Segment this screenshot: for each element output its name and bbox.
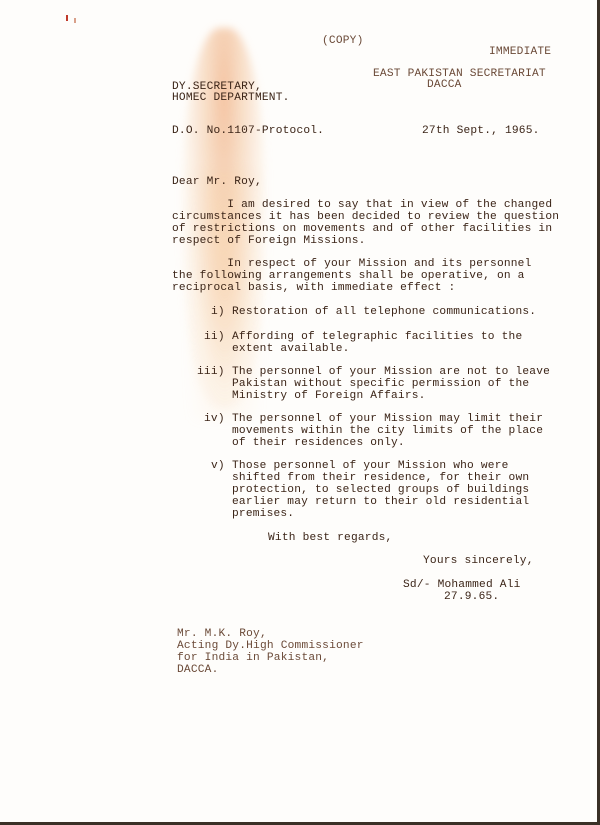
item-line: earlier may return to their old resident…	[232, 497, 529, 509]
item-line: premises.	[232, 509, 294, 521]
recipient-line: DACCA.	[177, 665, 218, 677]
item-line: The personnel of your Mission are not to…	[232, 367, 550, 379]
priority-label: IMMEDIATE	[489, 47, 551, 59]
copy-label: (COPY)	[322, 36, 363, 48]
item-line: movements within the city limits of the …	[232, 426, 543, 438]
item-line: Affording of telegraphic facilities to t…	[232, 332, 522, 344]
sender-office-line2: DACCA	[427, 80, 462, 92]
recipient-line: Mr. M.K. Roy,	[177, 629, 267, 641]
valediction: Yours sincerely,	[423, 556, 534, 568]
sender-title-line2: HOMEC DEPARTMENT.	[172, 93, 290, 105]
item-line: Restoration of all telephone communicati…	[232, 307, 536, 319]
salutation: Dear Mr. Roy,	[172, 177, 262, 189]
item-line: The personnel of your Mission may limit …	[232, 414, 543, 426]
closing: With best regards,	[268, 533, 392, 545]
paragraph-line: respect of Foreign Missions.	[172, 236, 366, 248]
item-line: shifted from their residence, for their …	[232, 473, 529, 485]
item-number: iv)	[204, 414, 225, 426]
item-number: iii)	[197, 367, 225, 379]
paragraph-line: of restrictions on movements and of othe…	[172, 224, 552, 236]
reference-number: D.O. No.1107-Protocol.	[172, 126, 324, 138]
item-line: Ministry of Foreign Affairs.	[232, 391, 426, 403]
paragraph-line: the following arrangements shall be oper…	[172, 271, 525, 283]
item-number: ii)	[204, 332, 225, 344]
item-number: v)	[211, 461, 225, 473]
ink-mark	[66, 15, 68, 21]
signature-date: 27.9.65.	[444, 592, 499, 604]
paragraph-line: In respect of your Mission and its perso…	[172, 259, 532, 271]
ink-mark	[74, 18, 76, 23]
item-line: extent available.	[232, 344, 350, 356]
item-line: Pakistan without specific permission of …	[232, 379, 529, 391]
recipient-line: for India in Pakistan,	[177, 653, 329, 665]
recipient-line: Acting Dy.High Commissioner	[177, 641, 364, 653]
paragraph-line: reciprocal basis, with immediate effect …	[172, 283, 455, 295]
signature: Sd/- Mohammed Ali	[403, 580, 521, 592]
item-line: Those personnel of your Mission who were	[232, 461, 509, 473]
letter-page: (COPY) IMMEDIATE EAST PAKISTAN SECRETARI…	[0, 0, 600, 825]
item-number: i)	[211, 307, 225, 319]
paragraph-line: circumstances it has been decided to rev…	[172, 212, 559, 224]
letter-date: 27th Sept., 1965.	[422, 126, 540, 138]
paragraph-line: I am desired to say that in view of the …	[172, 200, 552, 212]
item-line: of their residences only.	[232, 438, 405, 450]
item-line: protection, to selected groups of buildi…	[232, 485, 529, 497]
